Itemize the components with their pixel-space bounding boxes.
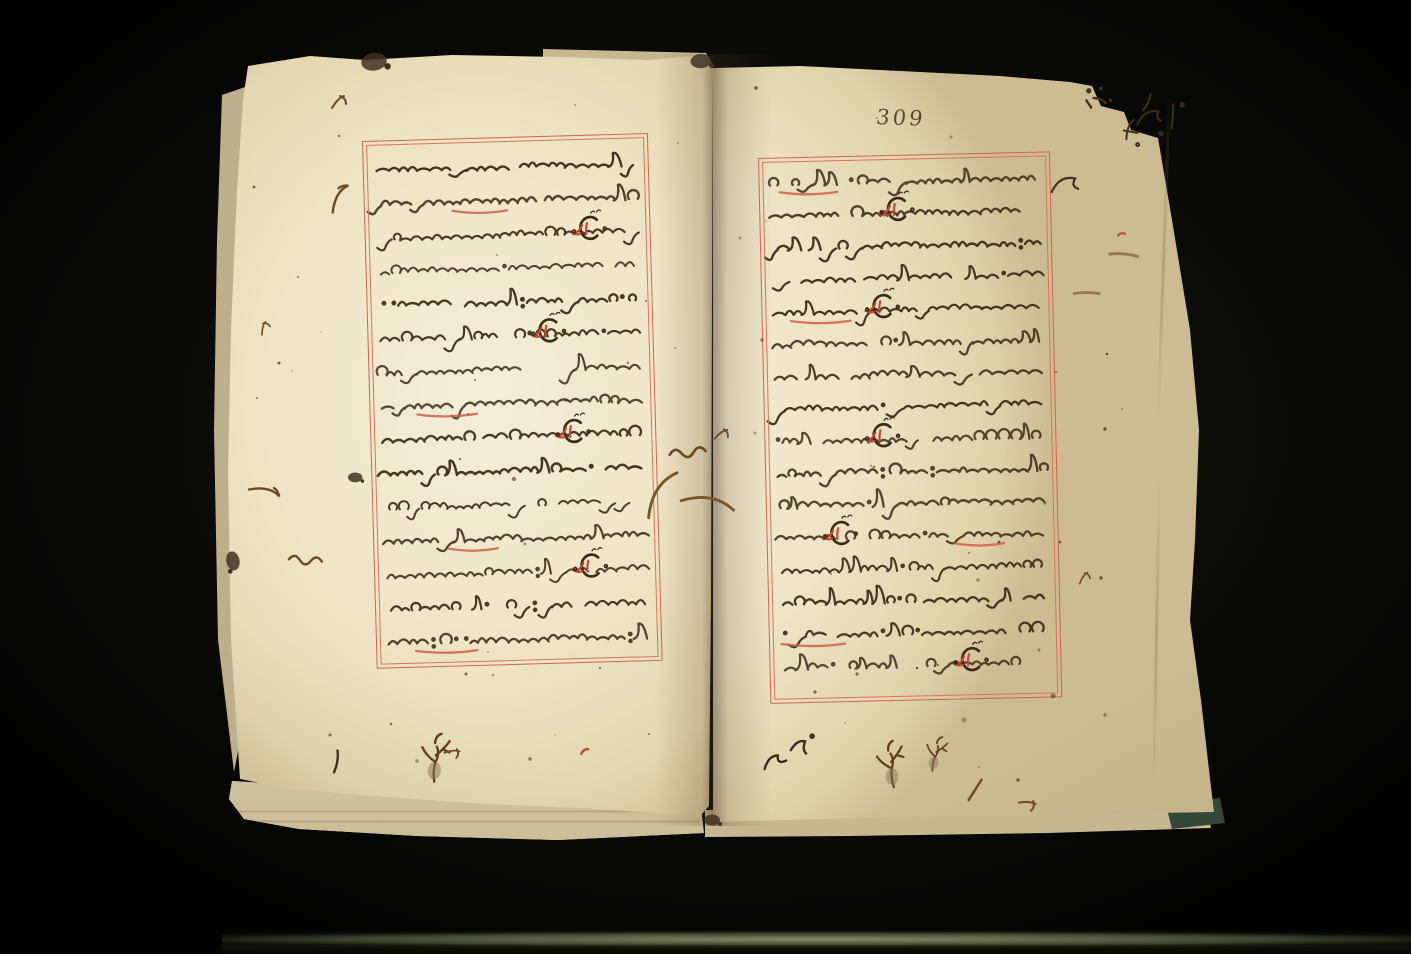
corner-quire-ink-mark: [1130, 94, 1199, 146]
manuscript-photograph: 309: [0, 0, 1411, 954]
bottom-light-strip-fade: [222, 945, 1411, 954]
folio-number: 309: [874, 105, 938, 137]
right-text-frame: [758, 151, 1062, 703]
right-page-text: [765, 159, 1055, 697]
left-page-text: [369, 140, 655, 661]
left-text-frame: [362, 133, 663, 669]
